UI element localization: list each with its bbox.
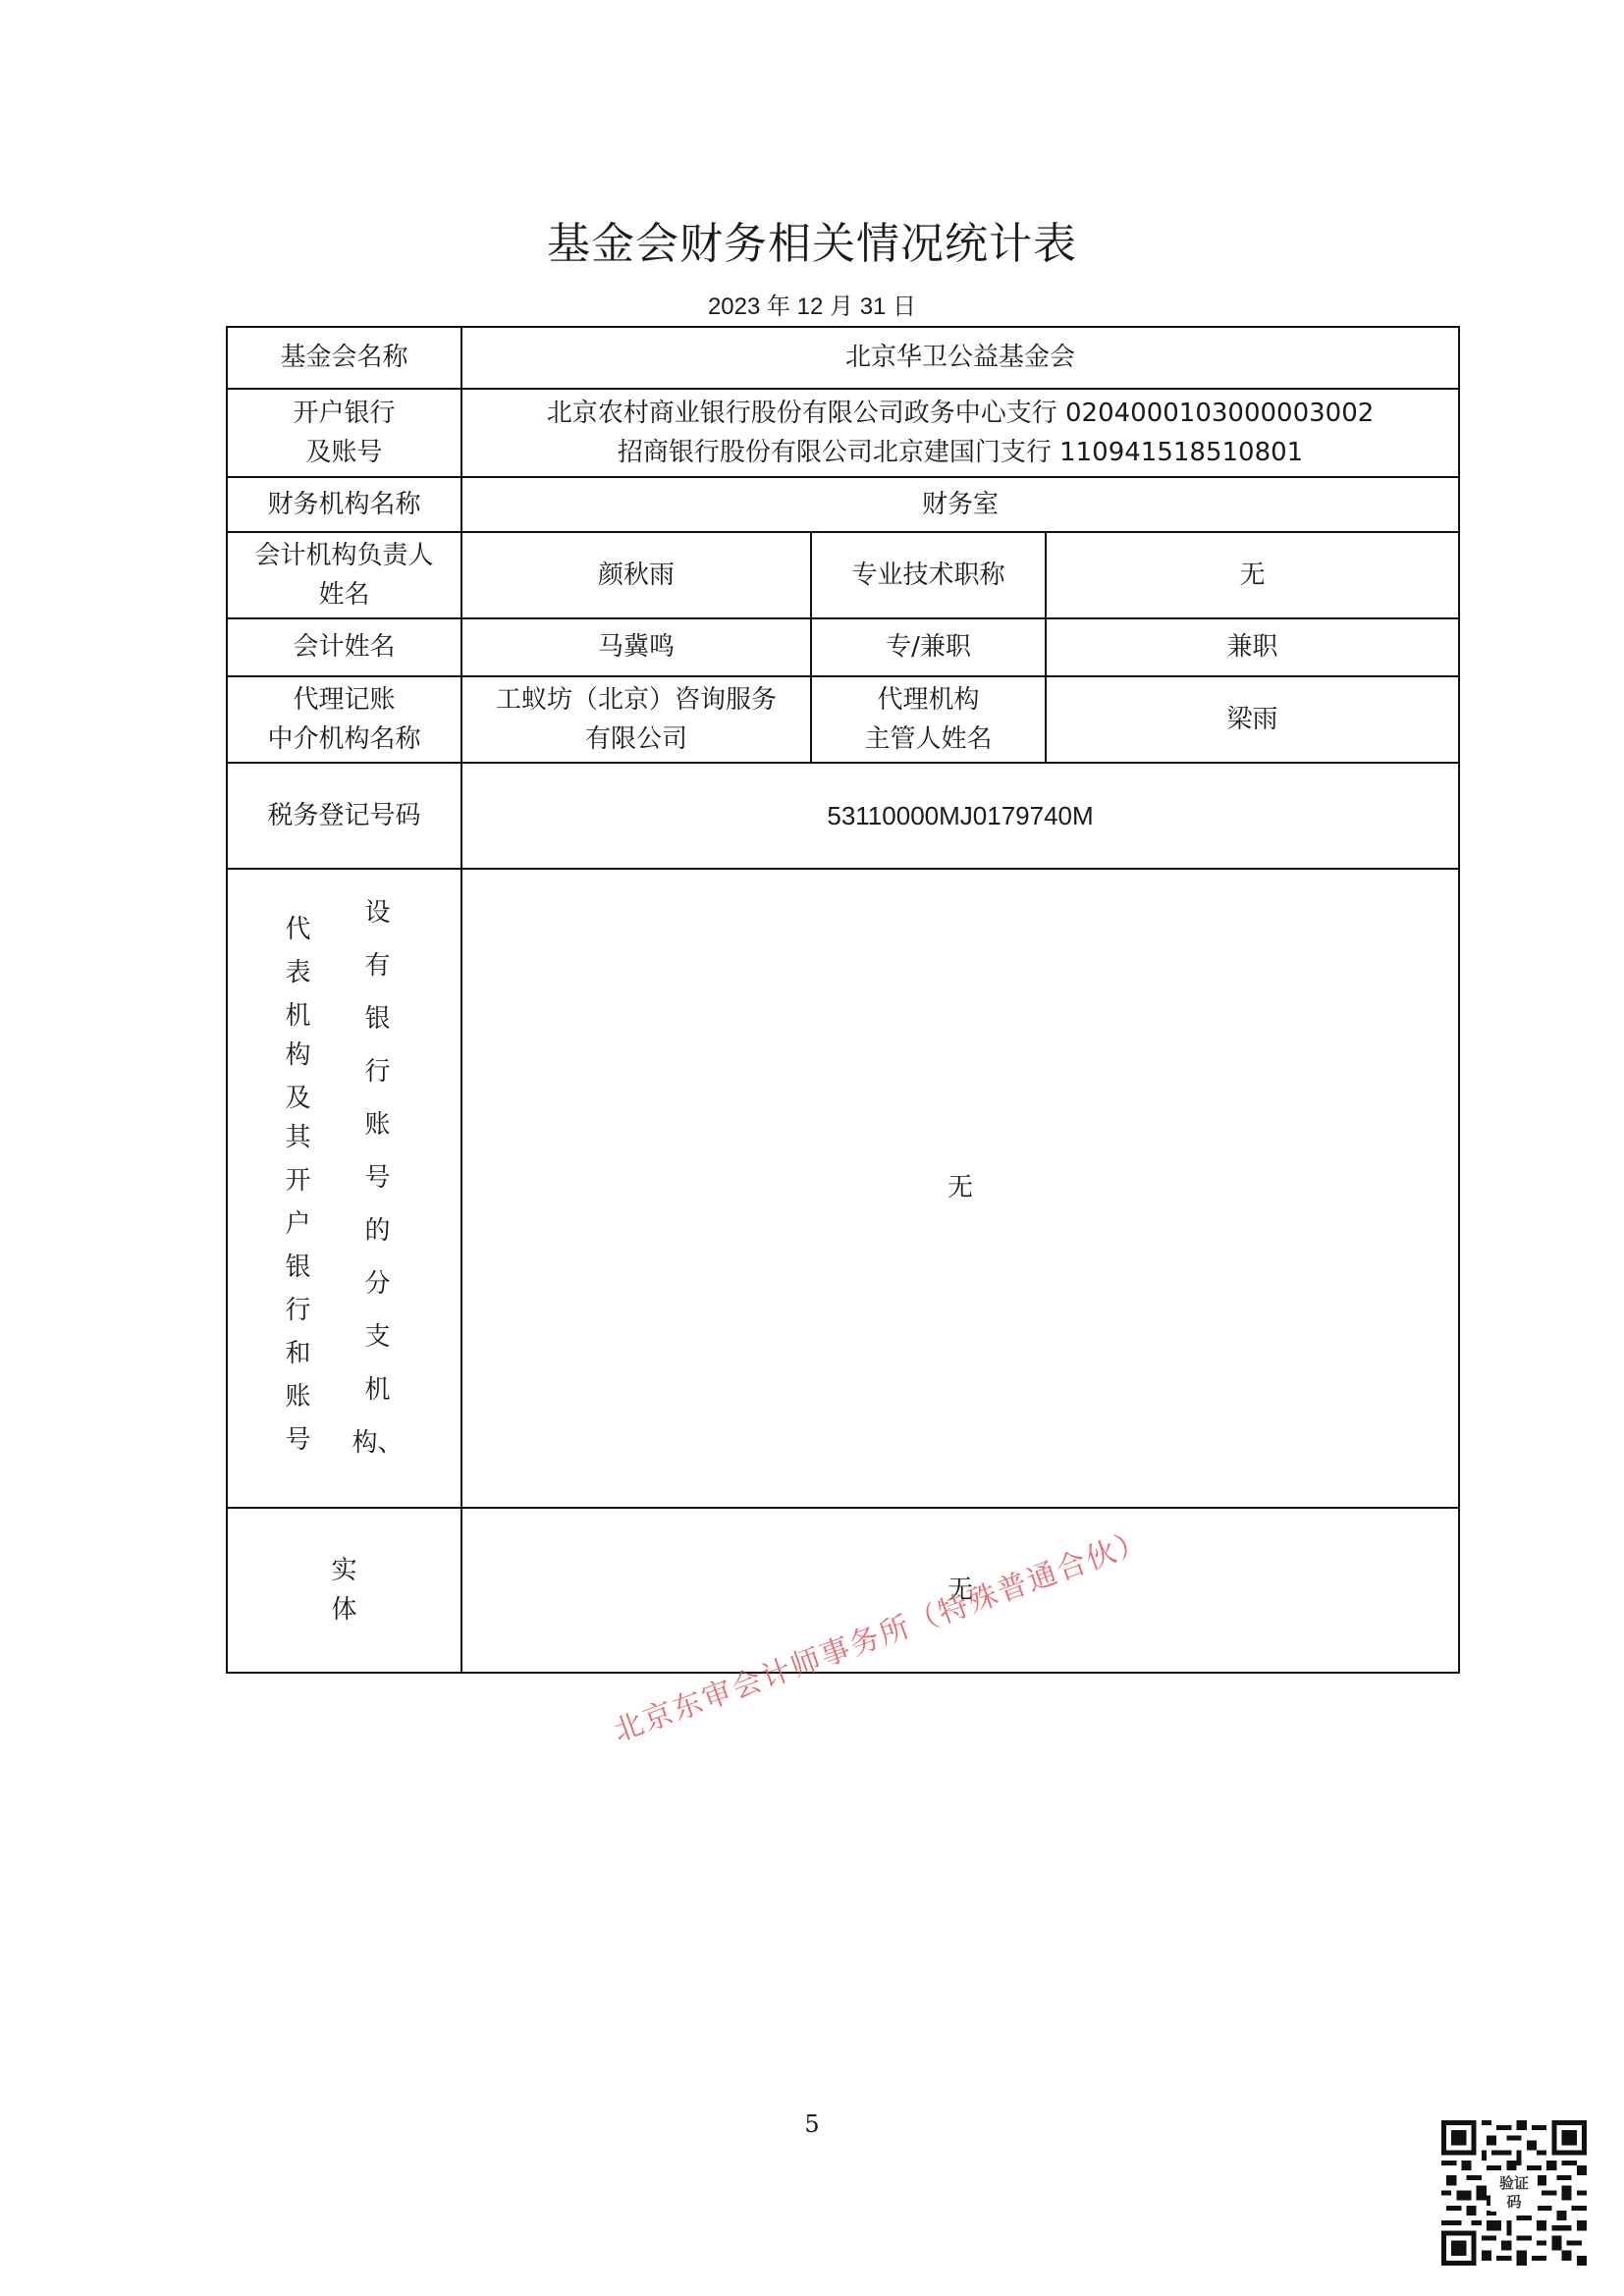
char: 行 bbox=[365, 1059, 391, 1085]
char: 号 bbox=[365, 1165, 391, 1191]
accountant-label: 会计姓名 bbox=[227, 618, 461, 676]
fulltime-parttime-label: 专/兼职 bbox=[811, 618, 1046, 676]
char: 银 bbox=[365, 1006, 391, 1032]
table-row: 财务机构名称 财务室 bbox=[227, 477, 1459, 532]
table-row: 代理记账 中介机构名称 工蚁坊（北京）咨询服务 有限公司 代理机构 主管人姓名 … bbox=[227, 676, 1459, 763]
qr-code-label: 验证 码 bbox=[1490, 2174, 1538, 2212]
char: 号 bbox=[285, 1427, 310, 1453]
table-row: 代 表 机 构 及 其 开 户 银 行 和 账 号 设 有 银 bbox=[227, 869, 1459, 1508]
tax-reg-value: 53110000MJ0179740M bbox=[461, 763, 1459, 869]
accounting-head-label: 会计机构负责人 姓名 bbox=[227, 532, 461, 618]
fulltime-parttime-value: 兼职 bbox=[1046, 618, 1459, 676]
table-row: 基金会名称 北京华卫公益基金会 bbox=[227, 327, 1459, 389]
char: 表 bbox=[285, 960, 310, 986]
bank-account-1: 北京农村商业银行股份有限公司政务中心支行 0204000103000003002 bbox=[466, 394, 1454, 433]
char: 的 bbox=[365, 1218, 391, 1244]
accounting-head-label-line2: 姓名 bbox=[232, 575, 457, 614]
agency-label: 代理记账 中介机构名称 bbox=[227, 676, 461, 763]
table-row: 开户银行 及账号 北京农村商业银行股份有限公司政务中心支行 0204000103… bbox=[227, 389, 1459, 477]
accounting-head-name: 颜秋雨 bbox=[461, 532, 811, 618]
char: 构 bbox=[285, 1042, 310, 1068]
char: 银 bbox=[285, 1255, 310, 1280]
char: 机 bbox=[365, 1377, 391, 1403]
finance-dept-label: 财务机构名称 bbox=[227, 477, 461, 532]
branches-label-vertical: 代 表 机 构 及 其 开 户 银 行 和 账 号 设 有 银 bbox=[232, 870, 457, 1456]
agency-head-label-line2: 主管人姓名 bbox=[816, 720, 1041, 759]
foundation-name-value: 北京华卫公益基金会 bbox=[461, 327, 1459, 389]
char: 账 bbox=[285, 1384, 310, 1410]
agency-label-line1: 代理记账 bbox=[232, 680, 457, 720]
agency-head-label-line1: 代理机构 bbox=[816, 680, 1041, 720]
finance-statistics-table: 基金会名称 北京华卫公益基金会 开户银行 及账号 北京农村商业银行股份有限公司政… bbox=[226, 326, 1460, 1674]
char: 户 bbox=[285, 1211, 310, 1237]
agency-head-label: 代理机构 主管人姓名 bbox=[811, 676, 1046, 763]
bank-label: 开户银行 及账号 bbox=[227, 389, 461, 477]
accountant-name: 马冀鸣 bbox=[461, 618, 811, 676]
agency-label-line2: 中介机构名称 bbox=[232, 720, 457, 759]
entity-label: 实 体 bbox=[227, 1508, 461, 1673]
char: 行 bbox=[285, 1298, 310, 1323]
qr-label-line1: 验证 bbox=[1490, 2174, 1538, 2193]
branches-label-col1: 代 表 机 构 及 其 开 户 银 行 和 账 号 bbox=[285, 878, 310, 1456]
document-title: 基金会财务相关情况统计表 bbox=[0, 208, 1624, 271]
tax-reg-label: 税务登记号码 bbox=[227, 763, 461, 869]
entity-label-char: 体 bbox=[232, 1590, 457, 1629]
bank-label-line1: 开户银行 bbox=[232, 394, 457, 433]
professional-title-value: 无 bbox=[1046, 532, 1459, 618]
char: 开 bbox=[285, 1168, 310, 1194]
finance-dept-value: 财务室 bbox=[461, 477, 1459, 532]
entity-label-char: 实 bbox=[232, 1551, 457, 1590]
bank-accounts: 北京农村商业银行股份有限公司政务中心支行 0204000103000003002… bbox=[461, 389, 1459, 477]
char: 代 bbox=[285, 917, 310, 942]
char: 及 bbox=[285, 1086, 310, 1111]
char: 分 bbox=[365, 1271, 391, 1297]
char: 账 bbox=[365, 1112, 391, 1138]
qr-code: 验证 码 bbox=[1441, 2120, 1587, 2266]
accounting-head-label-line1: 会计机构负责人 bbox=[232, 536, 457, 575]
agency-name-line2: 有限公司 bbox=[466, 720, 806, 759]
foundation-name-label: 基金会名称 bbox=[227, 327, 461, 389]
agency-head-name: 梁雨 bbox=[1046, 676, 1459, 763]
table-row: 会计姓名 马冀鸣 专/兼职 兼职 bbox=[227, 618, 1459, 676]
agency-name-line1: 工蚁坊（北京）咨询服务 bbox=[466, 680, 806, 720]
char: 设 bbox=[365, 900, 391, 926]
char: 其 bbox=[285, 1125, 310, 1150]
document-date: 2023 年 12 月 31 日 bbox=[0, 287, 1624, 321]
char: 有 bbox=[365, 953, 391, 979]
page-number: 5 bbox=[0, 2110, 1624, 2138]
qr-label-line2: 码 bbox=[1490, 2193, 1538, 2212]
char: 构、 bbox=[352, 1430, 404, 1456]
agency-name: 工蚁坊（北京）咨询服务 有限公司 bbox=[461, 676, 811, 763]
char: 和 bbox=[285, 1341, 310, 1366]
bank-label-line2: 及账号 bbox=[232, 433, 457, 472]
char: 支 bbox=[365, 1324, 391, 1350]
branches-label: 代 表 机 构 及 其 开 户 银 行 和 账 号 设 有 银 bbox=[227, 869, 461, 1508]
branches-value: 无 bbox=[461, 869, 1459, 1508]
bank-account-2: 招商银行股份有限公司北京建国门支行 110941518510801 bbox=[466, 433, 1454, 472]
table-row: 会计机构负责人 姓名 颜秋雨 专业技术职称 无 bbox=[227, 532, 1459, 618]
table-row: 税务登记号码 53110000MJ0179740M bbox=[227, 763, 1459, 869]
branches-label-col2: 设 有 银 行 账 号 的 分 支 机 构、 bbox=[352, 878, 404, 1456]
char: 机 bbox=[285, 1003, 310, 1029]
professional-title-label: 专业技术职称 bbox=[811, 532, 1046, 618]
